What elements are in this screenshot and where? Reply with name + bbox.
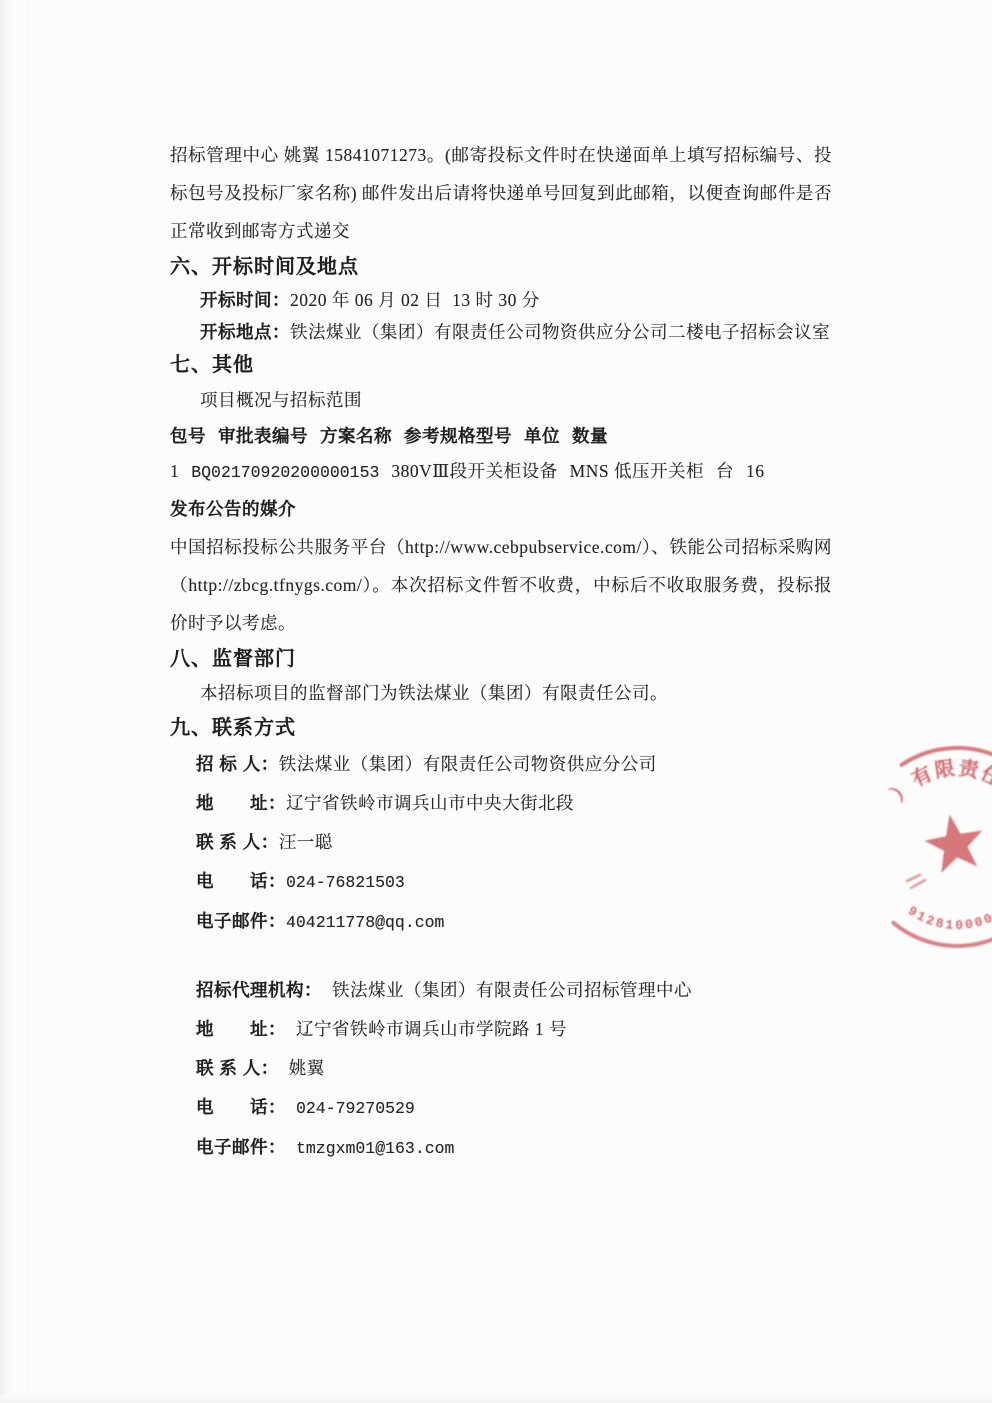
media-paragraph: 中国招标投标公共服务平台（http://www.cebpubservice.co… [170, 528, 832, 642]
scan-edge-bottom [0, 1395, 992, 1403]
tenderer-phone-label: 电 话： [196, 871, 286, 891]
tenderer-email-row: 电子邮件：404211778@qq.com [170, 902, 832, 942]
agency-address-label: 地 址： [196, 1019, 286, 1039]
supervision-body: 本招标项目的监督部门为铁法煤业（集团）有限责任公司。 [170, 676, 832, 711]
cell-package-no: 1 [170, 461, 179, 481]
tenderer-name-label: 招 标 人： [196, 754, 279, 774]
section9-heading: 九、联系方式 [170, 711, 832, 745]
agency-email-row: 电子邮件：tmzgxm01@163.com [170, 1128, 832, 1168]
tenderer-contact-row: 联 系 人：汪一聪 [170, 823, 832, 862]
cell-unit: 台 [716, 461, 734, 481]
cell-quantity: 16 [746, 461, 765, 481]
col-unit: 单位 [524, 426, 560, 446]
tenderer-phone-row: 电 话：024-76821503 [170, 862, 832, 902]
cell-plan-name: 380VⅢ段开关柜设备 [391, 461, 557, 481]
tenderer-address-row: 地 址：辽宁省铁岭市调兵山市中央大街北段 [170, 784, 832, 823]
bid-opening-place-label: 开标地点： [200, 322, 290, 342]
tenderer-address-label: 地 址： [196, 793, 286, 813]
package-table-row: 1BQ02170920200000153380VⅢ段开关柜设备MNS 低压开关柜… [170, 454, 832, 490]
tenderer-email-label: 电子邮件： [196, 911, 286, 931]
section6-heading: 六、开标时间及地点 [170, 250, 832, 284]
agency-contact-label: 联 系 人： [196, 1058, 279, 1078]
agency-contact-value: 姚翼 [289, 1058, 325, 1078]
document-page: 招标管理中心 姚翼 15841071273。(邮寄投标文件时在快递面单上填写招标… [0, 0, 992, 1403]
seal-numbers: 91281000000 [905, 899, 992, 933]
company-seal: ）有限责任公司 91281000000 [855, 735, 992, 965]
tenderer-contact-value: 汪一聪 [279, 832, 333, 852]
seal-numbers-holder: 91281000000 [905, 899, 992, 933]
tenderer-name-value: 铁法煤业（集团）有限责任公司物资供应分公司 [279, 754, 657, 774]
col-quantity: 数量 [572, 426, 608, 446]
cell-spec-model: MNS 低压开关柜 [570, 461, 704, 481]
bid-opening-place-line: 开标地点：铁法煤业（集团）有限责任公司物资供应分公司二楼电子招标会议室 [170, 316, 832, 348]
project-overview-label: 项目概况与招标范围 [170, 382, 832, 418]
tenderer-phone-value: 024-76821503 [286, 873, 405, 892]
scan-edge-left [0, 0, 10, 1403]
agency-email-label: 电子邮件： [196, 1137, 286, 1157]
bid-opening-time-value: 2020 年 06 月 02 日 13 时 30 分 [290, 290, 540, 310]
bid-opening-time-line: 开标时间：2020 年 06 月 02 日 13 时 30 分 [170, 284, 832, 316]
agency-block: 招标代理机构：铁法煤业（集团）有限责任公司招标管理中心 地 址：辽宁省铁岭市调兵… [170, 971, 832, 1168]
package-table-header: 包号审批表编号方案名称参考规格型号单位数量 [170, 418, 832, 454]
tenderer-address-value: 辽宁省铁岭市调兵山市中央大街北段 [286, 793, 574, 813]
agency-name-value: 铁法煤业（集团）有限责任公司招标管理中心 [332, 980, 692, 1000]
agency-name-label: 招标代理机构： [196, 980, 322, 1000]
bid-opening-place-value: 铁法煤业（集团）有限责任公司物资供应分公司二楼电子招标会议室 [290, 322, 830, 342]
agency-name-row: 招标代理机构：铁法煤业（集团）有限责任公司招标管理中心 [170, 971, 832, 1010]
intro-paragraph: 招标管理中心 姚翼 15841071273。(邮寄投标文件时在快递面单上填写招标… [170, 136, 832, 250]
section7-heading: 七、其他 [170, 348, 832, 382]
tenderer-name-row: 招 标 人：铁法煤业（集团）有限责任公司物资供应分公司 [170, 745, 832, 784]
agency-address-value: 辽宁省铁岭市调兵山市学院路 1 号 [296, 1019, 567, 1039]
bid-opening-time-label: 开标时间： [200, 290, 290, 310]
agency-contact-row: 联 系 人：姚翼 [170, 1049, 832, 1088]
col-plan-name: 方案名称 [320, 426, 392, 446]
section8-heading: 八、监督部门 [170, 642, 832, 676]
cell-approval-no: BQ02170920200000153 [191, 463, 379, 482]
col-spec-model: 参考规格型号 [404, 426, 512, 446]
agency-email-value: tmzgxm01@163.com [296, 1139, 454, 1158]
col-package-no: 包号 [170, 426, 206, 446]
col-approval-no: 审批表编号 [218, 426, 308, 446]
agency-phone-label: 电 话： [196, 1097, 286, 1117]
agency-phone-value: 024-79270529 [296, 1099, 415, 1118]
seal-ink-fragment [907, 875, 925, 888]
agency-address-row: 地 址：辽宁省铁岭市调兵山市学院路 1 号 [170, 1010, 832, 1049]
agency-phone-row: 电 话：024-79270529 [170, 1088, 832, 1128]
seal-star [924, 815, 982, 873]
spacer [170, 942, 832, 971]
scan-edge-line [28, 0, 29, 1403]
media-label: 发布公告的媒介 [170, 490, 832, 528]
document-body: 招标管理中心 姚翼 15841071273。(邮寄投标文件时在快递面单上填写招标… [170, 136, 832, 1168]
tenderer-contact-label: 联 系 人： [196, 832, 279, 852]
tenderer-email-value: 404211778@qq.com [286, 913, 444, 932]
